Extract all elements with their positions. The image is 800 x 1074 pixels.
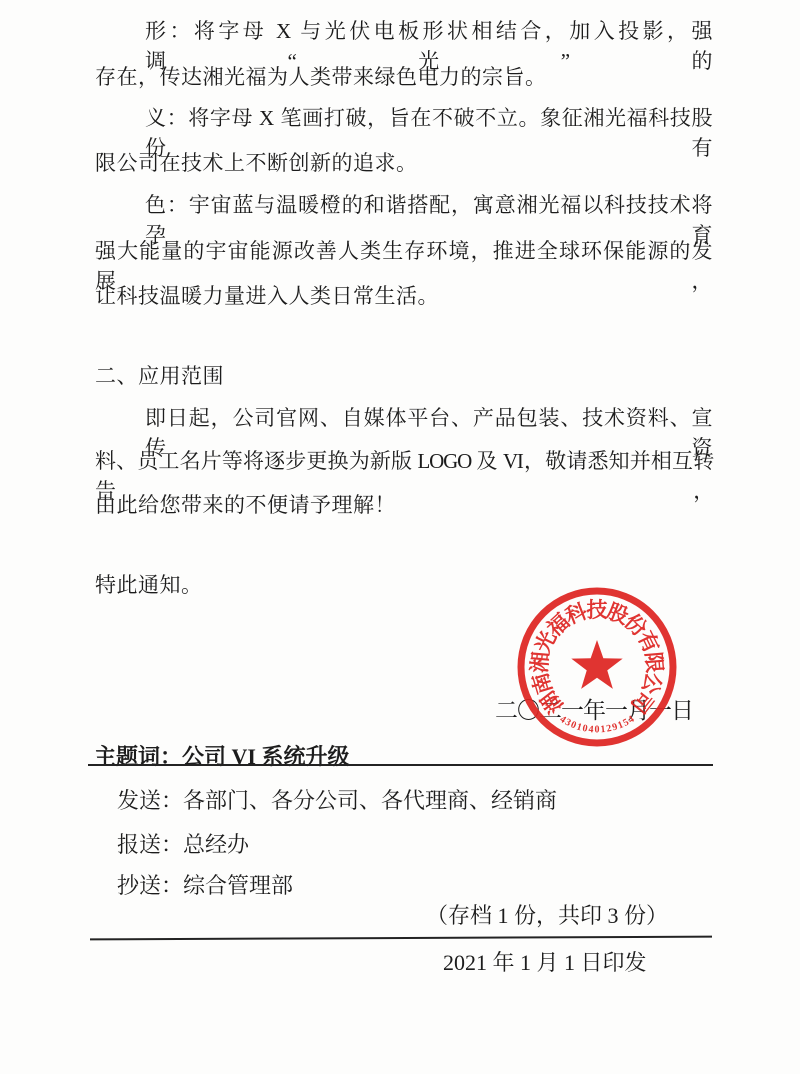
field-label: 报送： — [117, 832, 183, 857]
copies-note: （存档 1 份，共印 3 份） — [426, 899, 668, 930]
field-value: 综合管理部 — [183, 873, 293, 898]
field-value: 各部门、各分公司、各代理商、经销商 — [183, 788, 557, 813]
subject-row: 主题词：公司 VI 系统升级 — [94, 740, 349, 771]
svg-text:0: 0 — [595, 725, 600, 736]
distribution-row: 发送：各部门、各分公司、各代理商、经销商 — [117, 784, 557, 815]
separator-line-bottom — [90, 936, 712, 941]
body-line: 限公司在技术上不断创新的追求。 — [95, 148, 713, 178]
distribution-row: 报送：总经办 — [117, 828, 249, 859]
star-icon — [571, 640, 622, 689]
print-date: 2021 年 1 月 1 日印发 — [443, 946, 647, 977]
distribution-row: 抄送：综合管理部 — [117, 869, 293, 900]
seal-serial-number: 4301040129154 — [558, 714, 637, 736]
separator-line-top — [88, 764, 713, 766]
field-label: 抄送： — [117, 873, 183, 898]
body-line: 由此给您带来的不便请予理解！ — [95, 490, 713, 520]
svg-text:4: 4 — [588, 724, 594, 735]
body-line: 让科技温暖力量进入人类日常生活。 — [95, 281, 713, 311]
body-line: 二、应用范围 — [95, 361, 713, 391]
company-seal: 湖南湘光福科技股份有限公司 4301040129154 — [512, 582, 682, 752]
field-label: 发送： — [117, 788, 183, 813]
field-value: 总经办 — [183, 832, 249, 857]
body-line: 存在，传达湘光福为人类带来绿色电力的宗旨。 — [95, 62, 713, 92]
document-page: 形：将字母 X 与光伏电板形状相结合，加入投影，强调“光”的存在，传达湘光福为人… — [0, 0, 800, 1074]
